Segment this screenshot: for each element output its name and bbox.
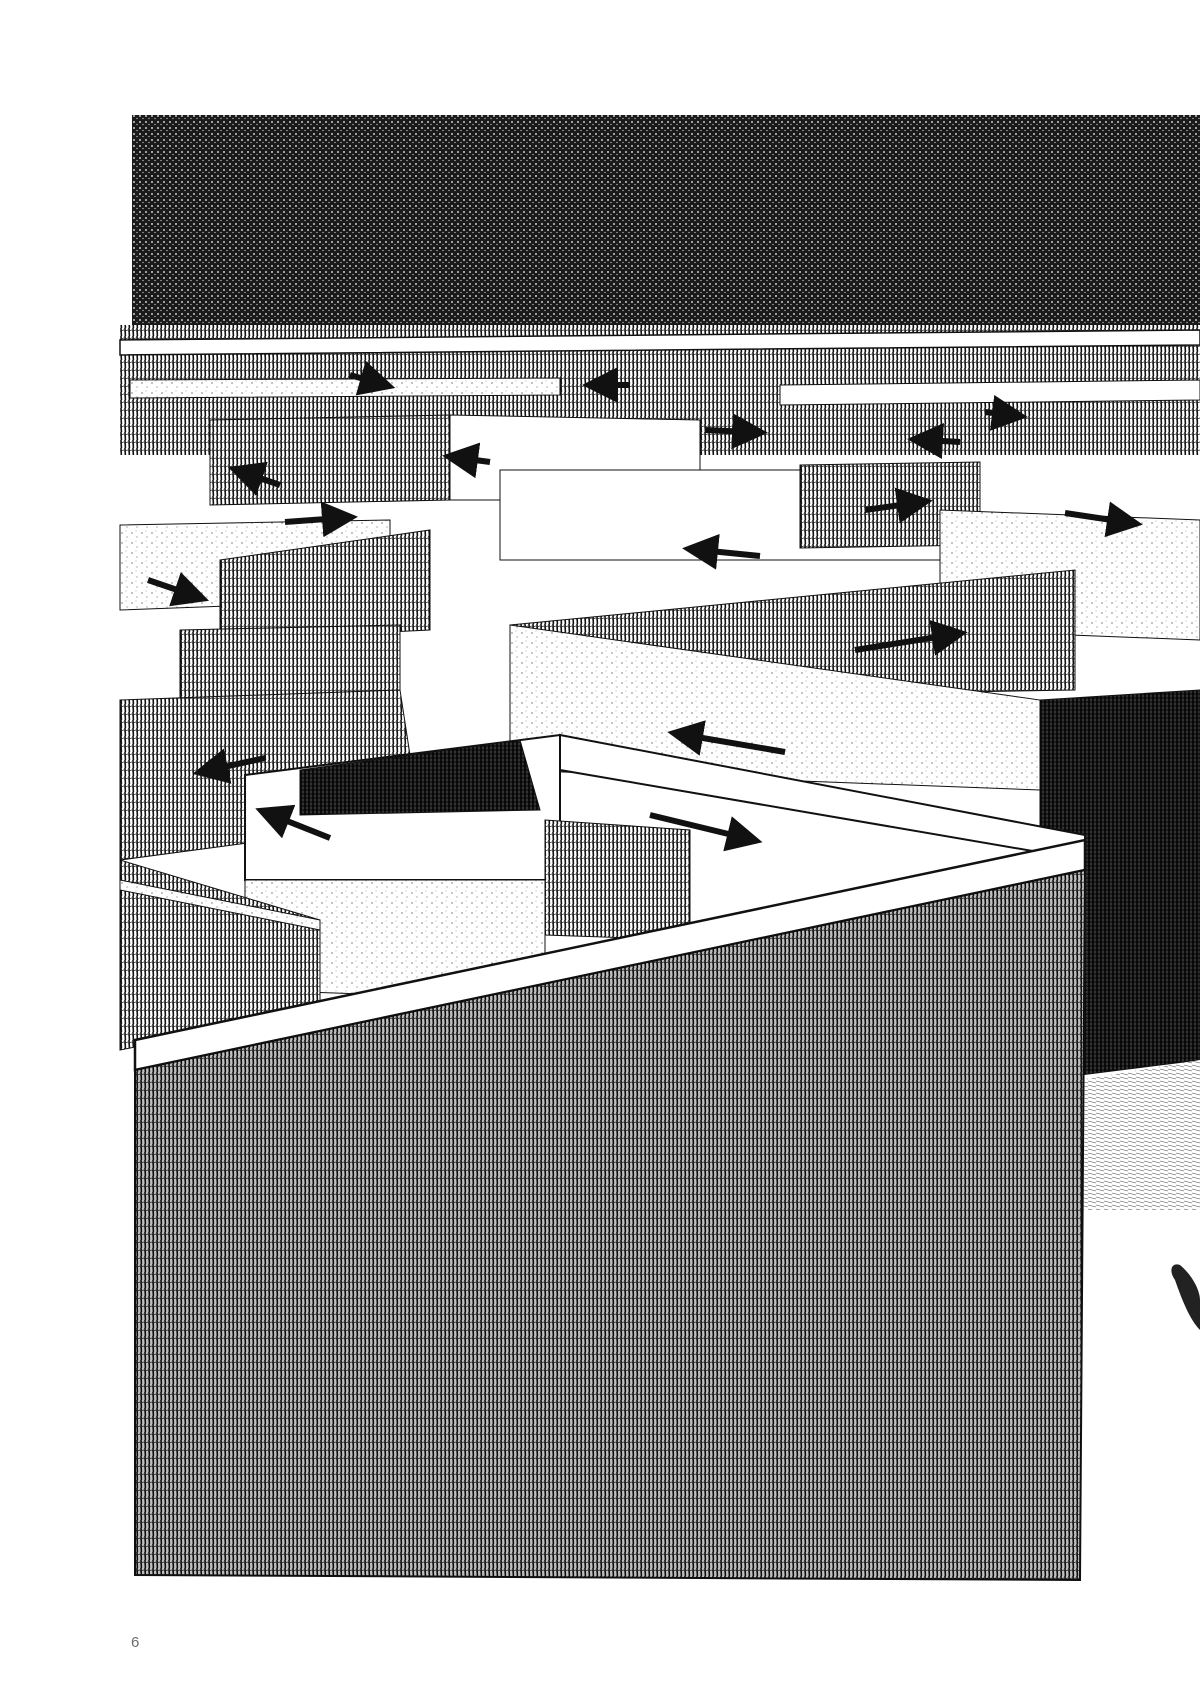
book-page: 6 bbox=[0, 0, 1200, 1704]
hand-figure bbox=[1171, 1264, 1200, 1330]
maze-illustration bbox=[0, 0, 1200, 1704]
sky bbox=[132, 115, 1200, 325]
page-number: 6 bbox=[131, 1634, 139, 1651]
